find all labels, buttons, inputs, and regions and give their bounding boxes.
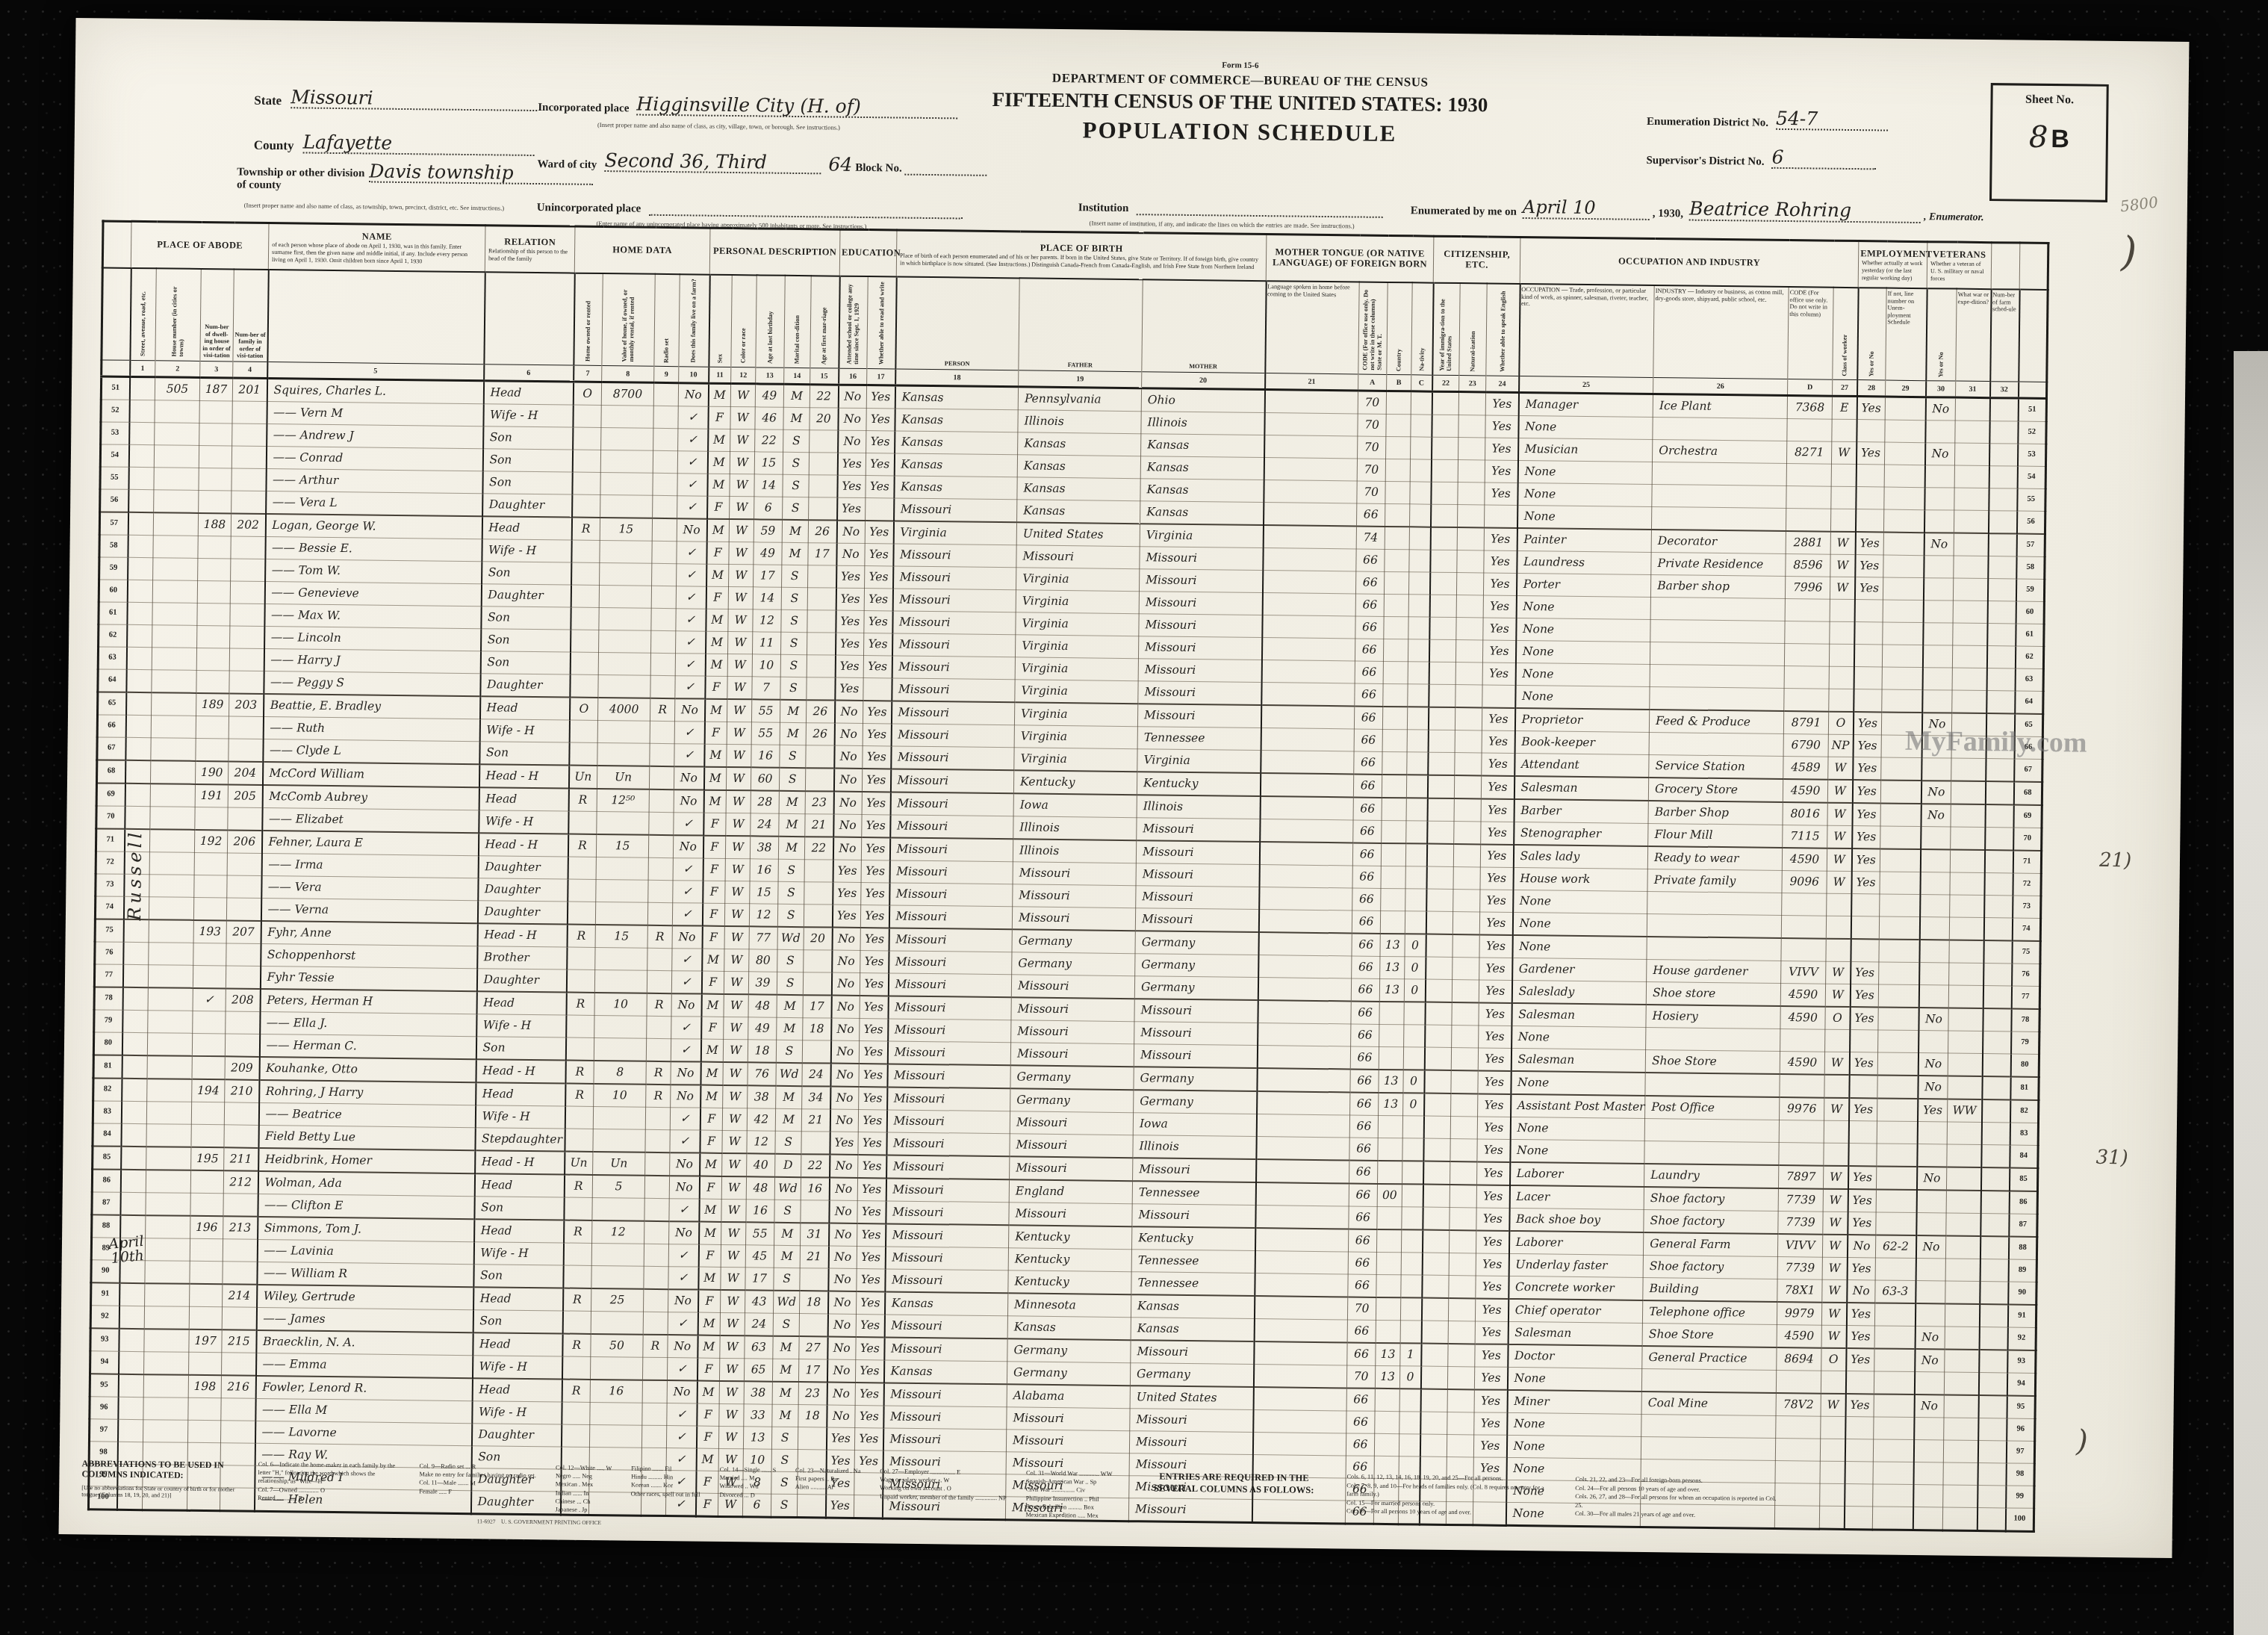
cell-industry [1649, 732, 1783, 756]
cell-line-right: 77 [2011, 986, 2039, 1009]
cell-immigration-year [1428, 707, 1455, 730]
cell-marital: M [777, 1017, 803, 1040]
cell-industry [1650, 642, 1785, 666]
cell-at-work: Yes [1847, 1258, 1875, 1280]
cell-name: Squires, Charles L. [267, 378, 483, 403]
cell-radio [647, 948, 672, 970]
cell-line-right: 68 [2013, 782, 2042, 805]
cell-sex: M [706, 519, 729, 542]
cell-code-b: 00 [1377, 1184, 1402, 1207]
cell-radio [653, 428, 678, 450]
cell-farm: ✓ [676, 631, 706, 654]
cell-war [1953, 645, 1987, 668]
cell-farm-schedule [1987, 624, 2016, 646]
cell-age-married [810, 430, 838, 453]
cell-relation: Daughter [480, 674, 570, 698]
cell-house [146, 1170, 190, 1193]
cell-birth-mother: Missouri [1130, 1409, 1253, 1433]
cell-sex: M [708, 383, 730, 406]
cell-mother-tongue [1261, 660, 1355, 683]
cell-read-write: Yes [860, 928, 889, 951]
cell-code-c: 1 [1400, 1343, 1421, 1366]
cell-read-write: Yes [863, 746, 891, 769]
cell-street [119, 1351, 144, 1374]
cell-home-value: 12 [592, 1220, 644, 1244]
institution-note: (Insert name of institution, if any, and… [1090, 219, 1508, 231]
cell-name: —— Ella J. [260, 1011, 476, 1036]
cell-farm-schedule [1983, 1031, 2011, 1054]
cell-color-race: W [725, 836, 750, 859]
cell-radio [648, 835, 673, 858]
cell-color-race: W [722, 1108, 747, 1130]
cell-home-owned [569, 720, 597, 742]
cell-family [230, 581, 264, 604]
cell-code-b [1376, 1252, 1401, 1274]
cell-birth-person: Missouri [886, 1223, 1009, 1247]
cell-name: —— Irma [261, 853, 478, 878]
cell-code-b [1374, 1433, 1399, 1456]
cell-birth-person: Missouri [885, 1269, 1008, 1293]
cell-class-worker [1825, 1029, 1850, 1052]
cell-birth-father: Germany [1012, 952, 1135, 976]
cell-immigration-year [1426, 957, 1453, 979]
cell-industry: Grocery Store [1648, 778, 1783, 802]
cell-family: 215 [222, 1330, 256, 1353]
cell-home-owned [571, 540, 600, 562]
cell-speak-english: Yes [1475, 1321, 1508, 1344]
cell-house [146, 1102, 191, 1125]
cell-birth-person: Missouri [888, 973, 1011, 997]
cell-line-right: 82 [2010, 1099, 2039, 1123]
cell-color-race: W [728, 586, 753, 609]
cell-home-owned [573, 427, 601, 450]
cell-code-d [1785, 644, 1830, 667]
cell-name: —— Lincoln [264, 626, 481, 651]
cell-age-married: 22 [810, 385, 838, 408]
cell-marital: S [777, 972, 803, 995]
cell-read-write: Yes [857, 1291, 885, 1315]
column-desc-house: House number (in cities or towns) [155, 268, 201, 361]
cell-code-d [1784, 666, 1829, 689]
cell-class-worker [1831, 464, 1856, 486]
cell-speak-english: Yes [1481, 822, 1514, 845]
cell-birth-mother: Kansas [1141, 434, 1264, 458]
cell-color-race: W [721, 1267, 745, 1290]
margin-mark-bottom: ) [2076, 1424, 2088, 1459]
cell-name: —— Ruth [263, 716, 479, 741]
cell-home-owned [562, 1402, 590, 1424]
cell-occupation: None [1512, 935, 1647, 960]
cell-age: 24 [751, 813, 779, 837]
cell-industry [1641, 1414, 1776, 1438]
cell-home-owned [568, 879, 596, 902]
column-desc-occupation: OCCUPATION — Trade, profession, or parti… [1519, 284, 1654, 378]
cell-mother-tongue [1257, 1046, 1350, 1070]
cell-code-d [1776, 1415, 1821, 1439]
cell-birth-father: Missouri [1011, 975, 1134, 999]
cell-class-worker: W [1830, 554, 1855, 577]
column-number-family: 4 [233, 362, 267, 379]
census-sheet: State Missouri County Lafayette Township… [59, 18, 2190, 1558]
cell-age: 46 [755, 407, 783, 429]
cell-code-b [1385, 503, 1410, 527]
cell-home-owned [571, 585, 599, 607]
cell-home-value [600, 563, 652, 586]
cell-birth-person: Kansas [894, 476, 1017, 500]
cell-name: —— Peggy S [264, 671, 480, 696]
cell-dwelling [195, 807, 228, 830]
cell-code-d: 8016 [1783, 802, 1827, 825]
cell-age: 10 [752, 654, 780, 677]
cell-birth-mother: Tennessee [1131, 1272, 1255, 1296]
cell-house [143, 1397, 188, 1421]
column-number-birth-mother: 20 [1142, 372, 1265, 390]
cell-read-write: Yes [855, 1383, 883, 1406]
cell-code-d: 7115 [1783, 825, 1827, 848]
cell-birth-person: Missouri [886, 1155, 1010, 1179]
cell-color-race: W [724, 903, 749, 926]
ward-value: Second 36, Third [604, 149, 767, 173]
cell-birth-mother: Germany [1135, 954, 1258, 978]
cell-code-c [1402, 1184, 1423, 1207]
cell-home-owned [568, 857, 596, 879]
cell-line-right: 83 [2010, 1123, 2038, 1145]
cell-occupation: None [1507, 1412, 1641, 1436]
cell-war [1950, 850, 1984, 873]
cell-age-married [807, 633, 835, 655]
cell-veteran [1923, 645, 1953, 668]
cell-speak-english: Yes [1482, 663, 1515, 685]
cell-line-right: 56 [2017, 511, 2045, 534]
cell-occupation: None [1518, 415, 1653, 439]
cell-street [123, 942, 149, 964]
cell-relation: Son [481, 606, 571, 630]
cell-relation: Head - H [475, 1150, 565, 1174]
cell-birth-father: Virginia [1015, 657, 1138, 681]
cell-code-d [1786, 486, 1831, 509]
cell-class-worker [1826, 939, 1851, 962]
column-number-dwelling: 3 [200, 361, 233, 377]
cell-occupation: None [1516, 595, 1650, 619]
cell-occupation: None [1513, 890, 1647, 913]
cell-birth-person: Missouri [884, 1315, 1007, 1338]
cell-home-owned: R [563, 1288, 591, 1312]
cell-birth-father: Kansas [1017, 455, 1140, 479]
cell-line-right: 74 [2012, 918, 2040, 941]
cell-home-owned [568, 811, 597, 834]
cell-family [224, 1125, 258, 1148]
cell-occupation: Salesman [1514, 776, 1648, 801]
supervisors-district-value: 6 [1771, 146, 1783, 168]
cell-color-race: W [726, 813, 751, 836]
cell-veteran [1920, 849, 1950, 872]
cell-code-d: 7739 [1778, 1211, 1823, 1234]
cell-birth-mother: Missouri [1134, 1044, 1257, 1068]
cell-color-race: W [728, 631, 753, 654]
cell-sex: M [700, 1039, 723, 1062]
cell-code-d [1779, 1142, 1824, 1165]
cell-color-race: W [729, 564, 754, 586]
cell-name: Schoppenhorst [261, 943, 477, 968]
cell-code-c [1402, 1116, 1423, 1138]
cell-read-write: Yes [866, 431, 895, 453]
cell-code-b [1380, 910, 1405, 934]
cell-mother-tongue [1264, 390, 1358, 414]
cell-naturalization [1451, 1070, 1478, 1093]
cell-relation: Wife - H [475, 1105, 565, 1129]
cell-color-race: W [730, 406, 755, 429]
cell-speak-english: Yes [1476, 1208, 1509, 1231]
cell-relation: Son [481, 629, 571, 652]
cell-class-worker: NP [1828, 734, 1853, 757]
column-group [2019, 243, 2048, 290]
cell-birth-mother: Kentucky [1137, 772, 1260, 796]
cell-home-value: 25 [591, 1288, 644, 1312]
cell-at-work: Yes [1847, 1303, 1875, 1326]
cell-birth-father: Virginia [1016, 635, 1139, 659]
cell-farm-schedule [1980, 1236, 2009, 1259]
cell-code-c [1409, 572, 1430, 595]
column-group: NAMEof each person whose place of abode … [268, 223, 485, 272]
cell-school: Yes [837, 475, 866, 497]
cell-name: Fyhr, Anne [261, 921, 477, 946]
cell-mother-tongue [1264, 458, 1357, 481]
cell-industry [1641, 1436, 1775, 1460]
cell-farm-schedule [1989, 466, 2017, 488]
cell-school: No [830, 1109, 858, 1132]
cell-farm-schedule [1977, 1441, 2006, 1463]
cell-birth-person: Missouri [885, 1247, 1008, 1271]
cell-unemployment [1874, 1394, 1914, 1417]
cell-code-c [1411, 415, 1432, 437]
cell-birth-father: Kentucky [1008, 1271, 1131, 1294]
column-number-birth-person: 18 [895, 369, 1019, 387]
street-name-vertical: Russell [124, 829, 146, 921]
cell-school: No [828, 1291, 857, 1315]
page-title: FIFTEENTH CENSUS OF THE UNITED STATES: 1… [956, 87, 1523, 117]
cell-farm: ✓ [677, 542, 706, 564]
cell-code-c [1407, 752, 1428, 775]
cell-home-owned [567, 947, 595, 969]
watermark: MyFamily.com [1905, 725, 2087, 760]
column-number-age: 13 [756, 367, 784, 384]
cell-naturalization [1454, 798, 1481, 822]
cell-home-owned [572, 494, 600, 518]
cell-home-owned [573, 405, 601, 427]
cell-age: 55 [746, 1222, 774, 1245]
cell-school: Yes [833, 882, 861, 905]
cell-farm-schedule [1984, 896, 2013, 918]
cell-code-d: 4589 [1783, 757, 1828, 780]
cell-dwelling [197, 580, 230, 603]
cell-code-d: VIVV [1778, 1234, 1823, 1257]
cell-line: 85 [93, 1146, 121, 1169]
cell-home-owned: O [573, 382, 601, 405]
cell-immigration-year [1423, 1230, 1450, 1253]
cell-unemployment [1877, 1052, 1918, 1076]
cell-code-a: 66 [1349, 1206, 1377, 1229]
cell-farm-schedule [1988, 579, 2016, 601]
cell-radio [642, 1357, 667, 1380]
cell-age-married [802, 1040, 830, 1064]
cell-at-work [1854, 645, 1883, 667]
cell-occupation: None [1516, 618, 1650, 642]
cell-age-married [807, 655, 835, 677]
cell-sex: F [703, 813, 726, 836]
cell-home-owned: R [564, 1220, 592, 1244]
cell-sex: F [703, 881, 725, 903]
cell-naturalization [1458, 392, 1485, 415]
cell-house [144, 1329, 189, 1352]
cell-name: —— Max W. [264, 604, 481, 628]
cell-farm-schedule [1988, 556, 2016, 579]
cell-house [144, 1306, 189, 1330]
cell-war [1954, 578, 1988, 601]
cell-code-a: 66 [1348, 1252, 1376, 1274]
cell-age: 28 [751, 790, 779, 813]
cell-street [121, 1101, 146, 1123]
cell-read-write: Yes [858, 1132, 886, 1155]
cell-home-value: 16 [590, 1380, 642, 1403]
cell-veteran [1924, 556, 1954, 578]
cell-street [121, 1147, 146, 1170]
cell-house [146, 1124, 191, 1147]
cell-birth-person: Missouri [892, 656, 1015, 680]
cell-birth-person: Missouri [889, 860, 1013, 884]
cell-radio [648, 857, 673, 880]
cell-color-race: W [727, 722, 751, 744]
column-number-read-write: 17 [867, 369, 895, 385]
cell-school: No [833, 769, 862, 792]
cell-age: 55 [751, 699, 780, 722]
cell-sex: F [705, 676, 727, 699]
cell-at-work: Yes [1849, 1098, 1877, 1121]
cell-relation: Wife - H [483, 404, 573, 427]
cell-line-right: 93 [2007, 1350, 2036, 1373]
cell-mother-tongue [1259, 865, 1352, 888]
column-group: EMPLOYMENTWhether actually at work yeste… [1858, 241, 1927, 289]
cell-relation: Head [474, 1219, 564, 1243]
cell-sex: F [703, 858, 725, 881]
entries-left: Cols. 6, 11, 12, 13, 14, 16, 18, 19, 20,… [1346, 1472, 1556, 1518]
cell-code-c [1402, 1229, 1423, 1253]
cell-age: 14 [754, 474, 783, 497]
margin-mark-top: ) [2121, 228, 2137, 275]
abbrev-block: Col. 6—Indicate the home-maker in each f… [258, 1460, 400, 1504]
cell-dwelling [190, 1284, 223, 1307]
cell-code-c [1408, 595, 1429, 617]
cell-speak-english: Yes [1482, 753, 1514, 776]
cell-line-right: 96 [2007, 1418, 2035, 1441]
cell-war [1951, 781, 1985, 805]
cell-farm: No [672, 925, 702, 949]
incorporated-note: (Insert proper name and also name of cla… [597, 121, 948, 132]
cell-sex: M [698, 1267, 721, 1290]
cell-farm-schedule [1980, 1214, 2009, 1237]
column-number-school: 16 [839, 368, 867, 385]
abbrev-block: Col. 14—Single ...... S Married .... M W… [719, 1465, 776, 1500]
cell-name: Field Betty Lue [258, 1125, 475, 1150]
cell-relation: Head [476, 991, 566, 1015]
cell-age-married: 21 [805, 814, 833, 837]
cell-code-b [1375, 1411, 1399, 1433]
cell-radio [653, 382, 678, 406]
cell-immigration-year [1426, 889, 1453, 911]
cell-home-value [597, 811, 649, 834]
cell-radio: R [646, 1061, 671, 1085]
cell-war [1948, 1031, 1983, 1054]
column-number-relation: 6 [484, 364, 574, 382]
cell-occupation: Musician [1518, 438, 1653, 462]
cell-school: No [829, 1223, 857, 1247]
cell-veteran [1925, 421, 1955, 443]
cell-at-work: Yes [1852, 826, 1880, 849]
cell-industry: Feed & Produce [1649, 710, 1783, 734]
cell-age-married: 24 [802, 1063, 830, 1086]
cell-school: No [829, 1200, 857, 1223]
cell-age: 15 [750, 881, 778, 904]
cell-occupation: Chief operator [1509, 1299, 1643, 1324]
cell-naturalization [1450, 1116, 1477, 1138]
cell-veteran [1922, 668, 1952, 690]
cell-school: Yes [830, 1132, 858, 1155]
cell-veteran [1916, 1281, 1945, 1304]
cell-birth-mother: Missouri [1138, 681, 1261, 705]
cell-school: Yes [836, 565, 865, 588]
cell-house [154, 490, 199, 513]
cell-school: No [831, 972, 860, 996]
column-number-birth-father: 19 [1019, 370, 1142, 388]
cell-birth-mother: Iowa [1133, 1113, 1256, 1137]
cell-home-value [601, 406, 653, 429]
cell-occupation: None [1511, 1071, 1645, 1096]
cell-immigration-year [1420, 1412, 1447, 1434]
cell-dwelling: 189 [196, 693, 229, 716]
cell-relation: Wife - H [472, 1401, 562, 1424]
column-desc-immigration-year: Year of immigra-tion to the United State… [1432, 283, 1460, 376]
cell-code-a: 66 [1354, 729, 1382, 751]
cell-code-b [1385, 481, 1410, 503]
cell-code-c [1408, 617, 1429, 639]
cell-code-a: 66 [1347, 1320, 1376, 1343]
cell-unemployment: 63-3 [1875, 1280, 1916, 1303]
cell-code-d [1776, 1370, 1821, 1393]
cell-birth-mother: Illinois [1137, 795, 1260, 819]
cell-age: 14 [753, 587, 781, 609]
cell-farm-schedule [1982, 1099, 2010, 1123]
cell-read-write: Yes [862, 769, 890, 792]
cell-veteran [1920, 872, 1950, 895]
township-note: (Insert proper name and also name of cla… [244, 202, 565, 213]
cell-birth-person: Missouri [889, 837, 1013, 861]
cell-farm-schedule [1983, 964, 2012, 986]
cell-code-b [1378, 1161, 1402, 1184]
cell-farm: ✓ [668, 1244, 698, 1267]
cell-relation: Daughter [476, 969, 566, 993]
cell-age-married [805, 768, 833, 791]
cell-immigration-year [1428, 730, 1455, 752]
cell-radio [652, 541, 677, 563]
cell-at-work [1851, 939, 1879, 962]
cell-farm-schedule [1989, 444, 2018, 466]
cell-code-c [1409, 527, 1430, 550]
cell-unemployment [1877, 1098, 1918, 1121]
cell-home-owned [565, 1129, 593, 1152]
cell-unemployment [1885, 442, 1925, 465]
cell-age-married [804, 950, 832, 972]
cell-war [1952, 690, 1986, 713]
cell-birth-person: Missouri [886, 1132, 1010, 1156]
